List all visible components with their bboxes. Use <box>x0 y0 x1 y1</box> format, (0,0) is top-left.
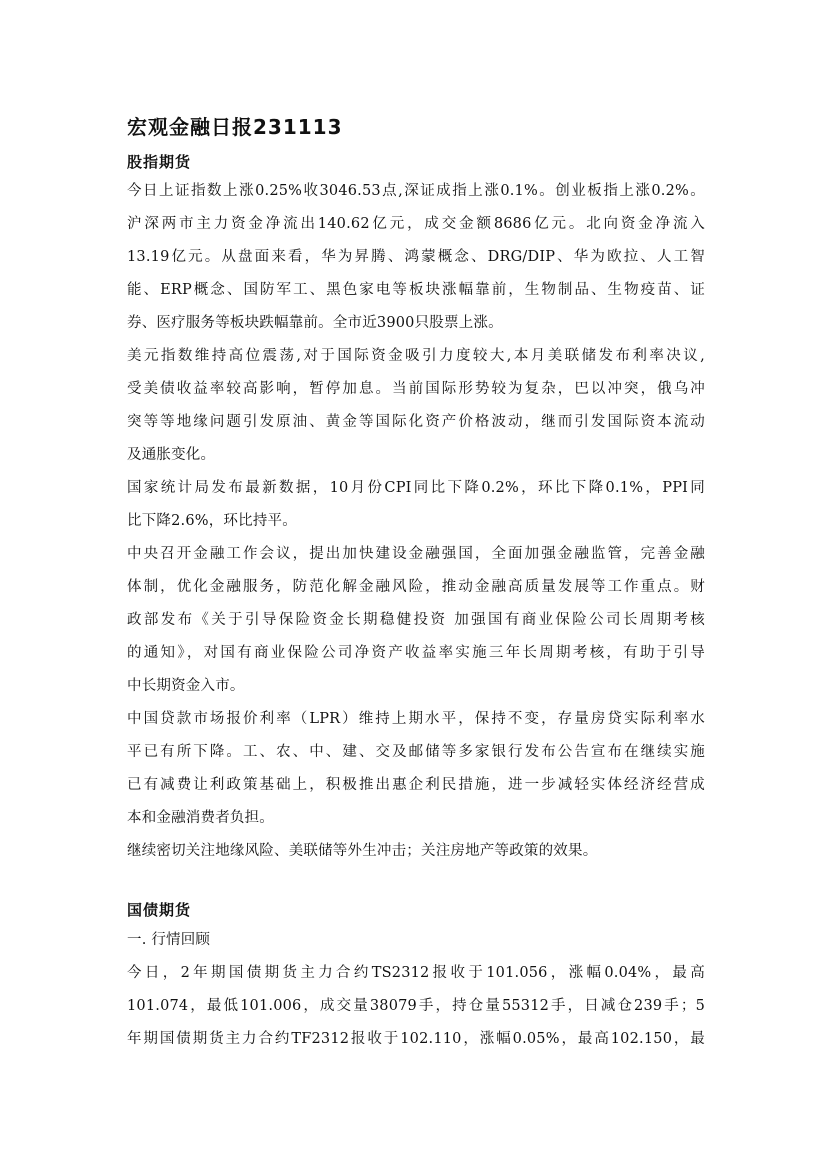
paragraph-line: 继续密切关注地缘风险、美联储等外生冲击；关注房地产等政策的效果。 <box>127 841 705 861</box>
paragraph-line: 平已有所下降。工、农、中、建、交及邮储等多家银行发布公告宣布在继续实施 <box>127 742 705 762</box>
paragraph-line: 政部发布《关于引导保险资金长期稳健投资 加强国有商业保险公司长周期考核 <box>127 610 705 630</box>
paragraph-line: 突等等地缘问题引发原油、黄金等国际化资产价格波动，继而引发国际资本流动 <box>127 412 705 432</box>
paragraph-line: 受美债收益率较高影响，暂停加息。当前国际形势较为复杂，巴以冲突，俄乌冲 <box>127 379 705 399</box>
paragraph-line: 的通知》，对国有商业保险公司净资产收益率实施三年长周期考核，有助于引导 <box>127 643 705 663</box>
paragraph-line: 年期国债期货主力合约TF2312报收于102.110，涨幅0.05%，最高102… <box>127 1029 705 1049</box>
paragraph-line: 今日，2年期国债期货主力合约TS2312报收于101.056，涨幅0.04%，最… <box>127 963 705 983</box>
document-title: 宏观金融日报231113 <box>127 111 343 140</box>
paragraph-line: 券、医疗服务等板块跌幅靠前。全市近3900只股票上涨。 <box>127 313 705 333</box>
paragraph-line: 及通胀变化。 <box>127 445 705 465</box>
paragraph-line: 美元指数维持高位震荡,对于国际资金吸引力度较大,本月美联储发布利率决议, <box>127 346 705 366</box>
paragraph-line: 101.074，最低101.006，成交量38079手，持仓量55312手，日减… <box>127 996 705 1016</box>
paragraph-line: 沪深两市主力资金净流出140.62亿元，成交金额8686亿元。北向资金净流入 <box>127 214 705 234</box>
subheading-market-review: 一. 行情回顾 <box>127 930 705 950</box>
paragraph-line: 比下降2.6%，环比持平。 <box>127 511 705 531</box>
section-heading-stock-index-futures: 股指期货 <box>127 151 191 172</box>
paragraph-line: 中央召开金融工作会议，提出加快建设金融强国，全面加强金融监管，完善金融 <box>127 544 705 564</box>
paragraph-line: 体制，优化金融服务，防范化解金融风险，推动金融高质量发展等工作重点。财 <box>127 577 705 597</box>
paragraph-line: 中长期资金入市。 <box>127 676 705 696</box>
paragraph-line: 国家统计局发布最新数据，10月份CPI同比下降0.2%，环比下降0.1%，PPI… <box>127 478 705 498</box>
section-heading-treasury-futures: 国债期货 <box>127 899 191 920</box>
paragraph-line: 已有减费让利政策基础上，积极推出惠企利民措施，进一步减轻实体经济经营成 <box>127 775 705 795</box>
paragraph-line: 中国贷款市场报价利率（LPR）维持上期水平，保持不变，存量房贷实际利率水 <box>127 709 705 729</box>
paragraph-line: 本和金融消费者负担。 <box>127 808 705 828</box>
paragraph-line: 今日上证指数上涨0.25%收3046.53点,深证成指上涨0.1%。创业板指上涨… <box>127 181 705 201</box>
paragraph-line: 能、ERP概念、国防军工、黑色家电等板块涨幅靠前，生物制品、生物疫苗、证 <box>127 280 705 300</box>
paragraph-line: 13.19亿元。从盘面来看，华为昇腾、鸿蒙概念、DRG/DIP、华为欧拉、人工智 <box>127 247 705 267</box>
